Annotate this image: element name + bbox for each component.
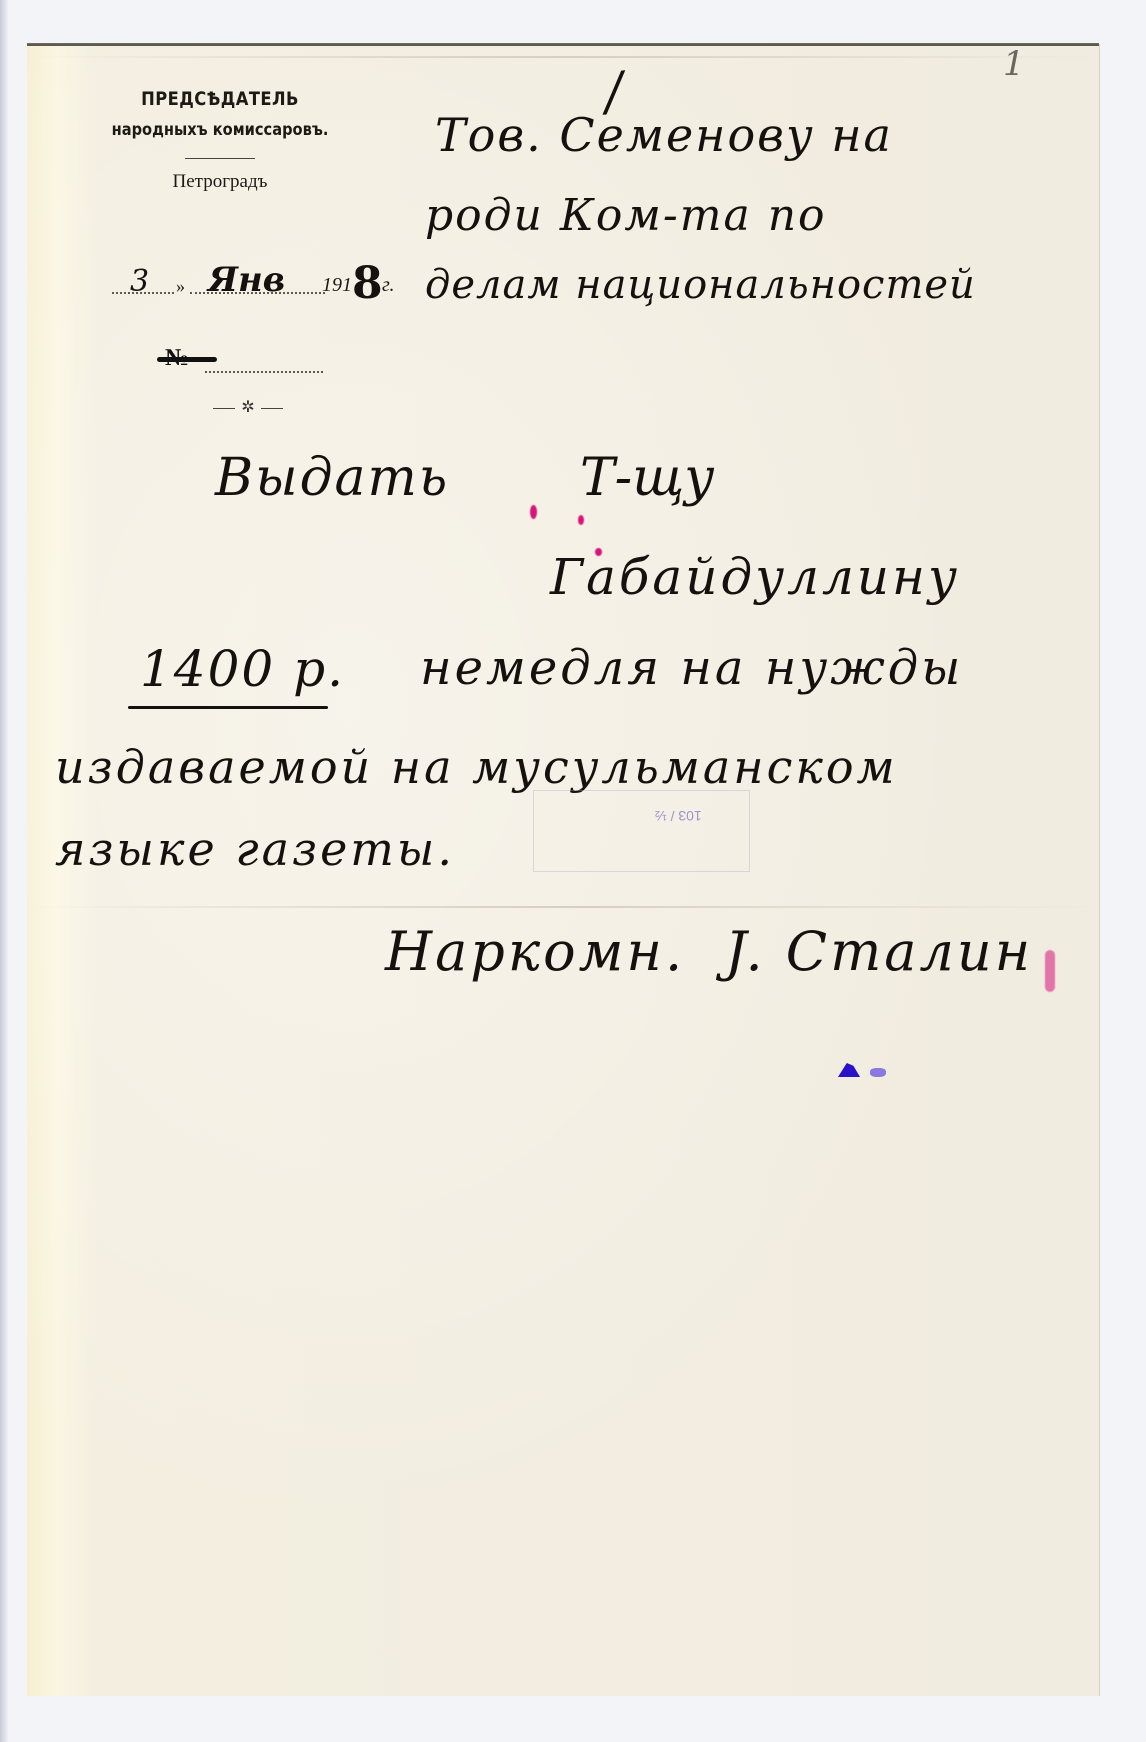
body-recipient-name: Габайдуллину <box>550 548 960 606</box>
number-field: № <box>165 345 189 372</box>
letterhead: ПРЕДСѢДАТЕЛЬ народныхъ комиссаровъ. Петр… <box>80 88 360 193</box>
body-line-3: немедля на нужды <box>420 640 963 696</box>
scan-edge <box>0 0 8 1742</box>
body-line-5: языке газеты. <box>55 822 455 876</box>
body-word-vydat: Выдать <box>215 448 449 508</box>
archive-pencil-mark: 1 <box>1003 44 1025 84</box>
pink-mark <box>530 505 537 519</box>
number-label: № <box>165 345 189 371</box>
fold-line <box>27 906 1099 908</box>
date-year-printed: 191 <box>322 274 352 297</box>
body-line-4: издаваемой на мусульманском <box>55 740 898 794</box>
date-month: Янв <box>208 260 285 300</box>
resolution-line-3: делам национальностей <box>425 262 976 308</box>
pink-mark <box>578 515 584 525</box>
pink-mark <box>595 548 602 556</box>
fold-line <box>27 56 1099 58</box>
date-year-handwritten: 8 <box>352 258 383 309</box>
letterhead-city: Петроградъ <box>80 171 360 193</box>
body-amount: 1400 р. <box>140 640 345 698</box>
signature-title: Наркомн. <box>385 920 685 983</box>
signature-name: J. Сталин <box>725 920 1033 983</box>
archive-stamp-text: 103 / ½ <box>655 808 702 824</box>
strike-mark <box>157 357 217 362</box>
date-quote: » <box>176 276 185 297</box>
archive-stamp <box>533 790 750 872</box>
amount-underline <box>128 706 328 709</box>
resolution-line-1: Тов. Семенову на <box>435 108 893 162</box>
body-word-tovarishchu: Т-щу <box>580 448 714 508</box>
letterhead-subtitle: народныхъ комиссаровъ. <box>100 120 341 140</box>
pink-smudge <box>1045 950 1055 992</box>
number-dots <box>205 371 323 373</box>
star-ornament-icon: ✲ <box>213 398 283 418</box>
date-day: 3 <box>130 264 149 299</box>
letterhead-rule <box>185 158 255 159</box>
date-line: 3 » Янв 191 8 г. <box>100 262 400 302</box>
resolution-line-2: роди Ком-та по <box>425 190 827 241</box>
ink-blot-faint <box>870 1068 886 1077</box>
date-suffix: г. <box>382 274 395 297</box>
letterhead-title: ПРЕДСѢДАТЕЛЬ <box>100 88 341 110</box>
